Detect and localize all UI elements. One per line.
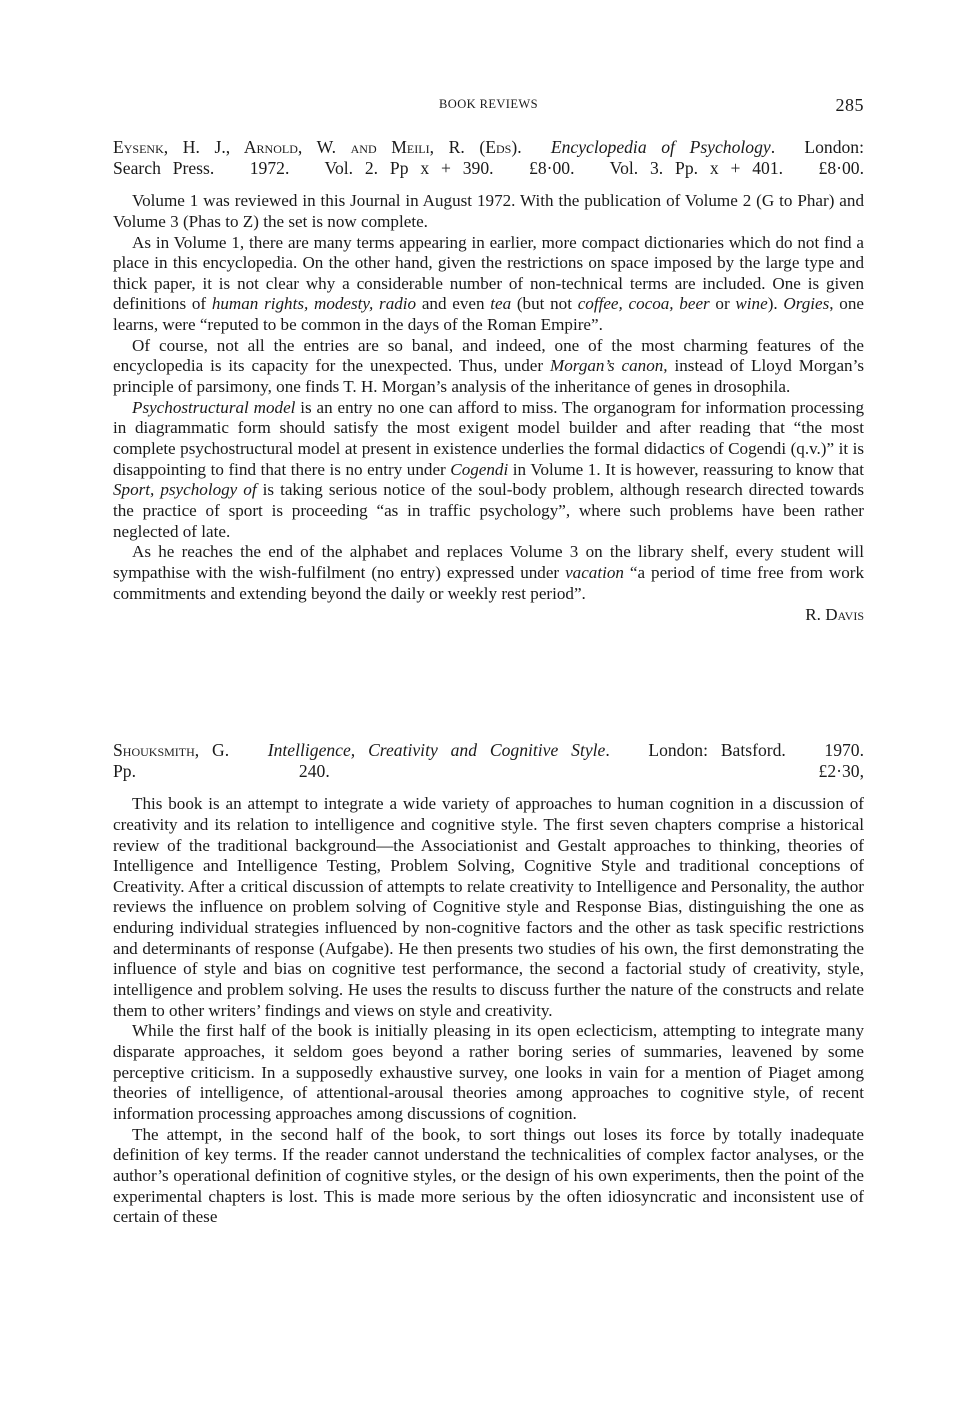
text-run: (but not	[511, 294, 578, 313]
italic-term: Cogendi	[450, 460, 508, 479]
citation-line-1: Shouksmith, G. Intelligence, Creativity …	[113, 740, 864, 761]
italic-term: human rights, modesty, radio	[212, 294, 416, 313]
text-run: This book is an attempt to integrate a w…	[113, 794, 864, 1020]
review-paragraph: While the first half of the book is init…	[113, 1021, 864, 1124]
italic-term: wine	[735, 294, 767, 313]
book-title: Intelligence, Creativity and Cognitive S…	[268, 740, 606, 760]
citation-authors: Shouksmith, G.	[113, 740, 229, 760]
review-paragraph: This book is an attempt to integrate a w…	[113, 794, 864, 1021]
author-surname: Eysenk	[113, 137, 164, 157]
reviewer-signature: R. Davis	[113, 605, 864, 626]
text-run: While the first half of the book is init…	[113, 1021, 864, 1123]
book-title: Encyclopedia of Psychology	[551, 137, 771, 157]
review-paragraph: The attempt, in the second half of the b…	[113, 1125, 864, 1228]
citation: Eysenk, H. J., Arnold, W. and Meili, R. …	[113, 137, 864, 178]
text-run: or	[710, 294, 736, 313]
review-body: Volume 1 was reviewed in this Journal in…	[113, 191, 864, 604]
text-run: in Volume 1. It is however, reassuring t…	[508, 460, 864, 479]
review-shouksmith-intelligence: Shouksmith, G. Intelligence, Creativity …	[113, 740, 864, 1228]
running-head: BOOK REVIEWS 285	[113, 95, 864, 115]
italic-term: tea	[490, 294, 511, 313]
review-body: This book is an attempt to integrate a w…	[113, 794, 864, 1228]
author-surname: Meili	[391, 137, 429, 157]
review-paragraph: As in Volume 1, there are many terms app…	[113, 233, 864, 336]
citation-line-2: Pp. 240. £2·30,	[113, 761, 864, 782]
review-eysenck-encyclopedia: Eysenk, H. J., Arnold, W. and Meili, R. …	[113, 137, 864, 626]
review-paragraph: Of course, not all the entries are so ba…	[113, 336, 864, 398]
italic-term: Sport, psychology of	[113, 480, 257, 499]
italic-term: vacation	[565, 563, 624, 582]
citation-publisher-place: London:	[804, 137, 864, 157]
text-run: ).	[768, 294, 784, 313]
running-title: BOOK REVIEWS	[113, 97, 864, 112]
italic-term: coffee, cocoa, beer	[578, 294, 710, 313]
review-paragraph: As he reaches the end of the alphabet an…	[113, 542, 864, 604]
italic-term: Psychostructural model	[132, 398, 295, 417]
review-paragraph: Volume 1 was reviewed in this Journal in…	[113, 191, 864, 232]
citation-authors: Eysenk, H. J., Arnold, W. and Meili, R. …	[113, 137, 536, 157]
review-paragraph: Psychostructural model is an entry no on…	[113, 398, 864, 543]
page-number: 285	[836, 95, 865, 116]
citation-line-1: Eysenk, H. J., Arnold, W. and Meili, R. …	[113, 137, 864, 158]
text-run: The attempt, in the second half of the b…	[113, 1125, 864, 1227]
author-surname: Shouksmith	[113, 740, 195, 760]
italic-term: Orgies	[783, 294, 829, 313]
title-suffix: .	[605, 740, 609, 760]
citation-line-2: Search Press. 1972. Vol. 2. Pp x + 390. …	[113, 158, 864, 179]
title-suffix: .	[771, 137, 775, 157]
citation: Shouksmith, G. Intelligence, Creativity …	[113, 740, 864, 781]
citation-publisher: London: Batsford. 1970.	[648, 740, 864, 760]
italic-term: Morgan’s canon,	[550, 356, 668, 375]
author-surname: Arnold	[244, 137, 298, 157]
text-run: and even	[416, 294, 490, 313]
text-run: Volume 1 was reviewed in this Journal in…	[113, 191, 864, 231]
